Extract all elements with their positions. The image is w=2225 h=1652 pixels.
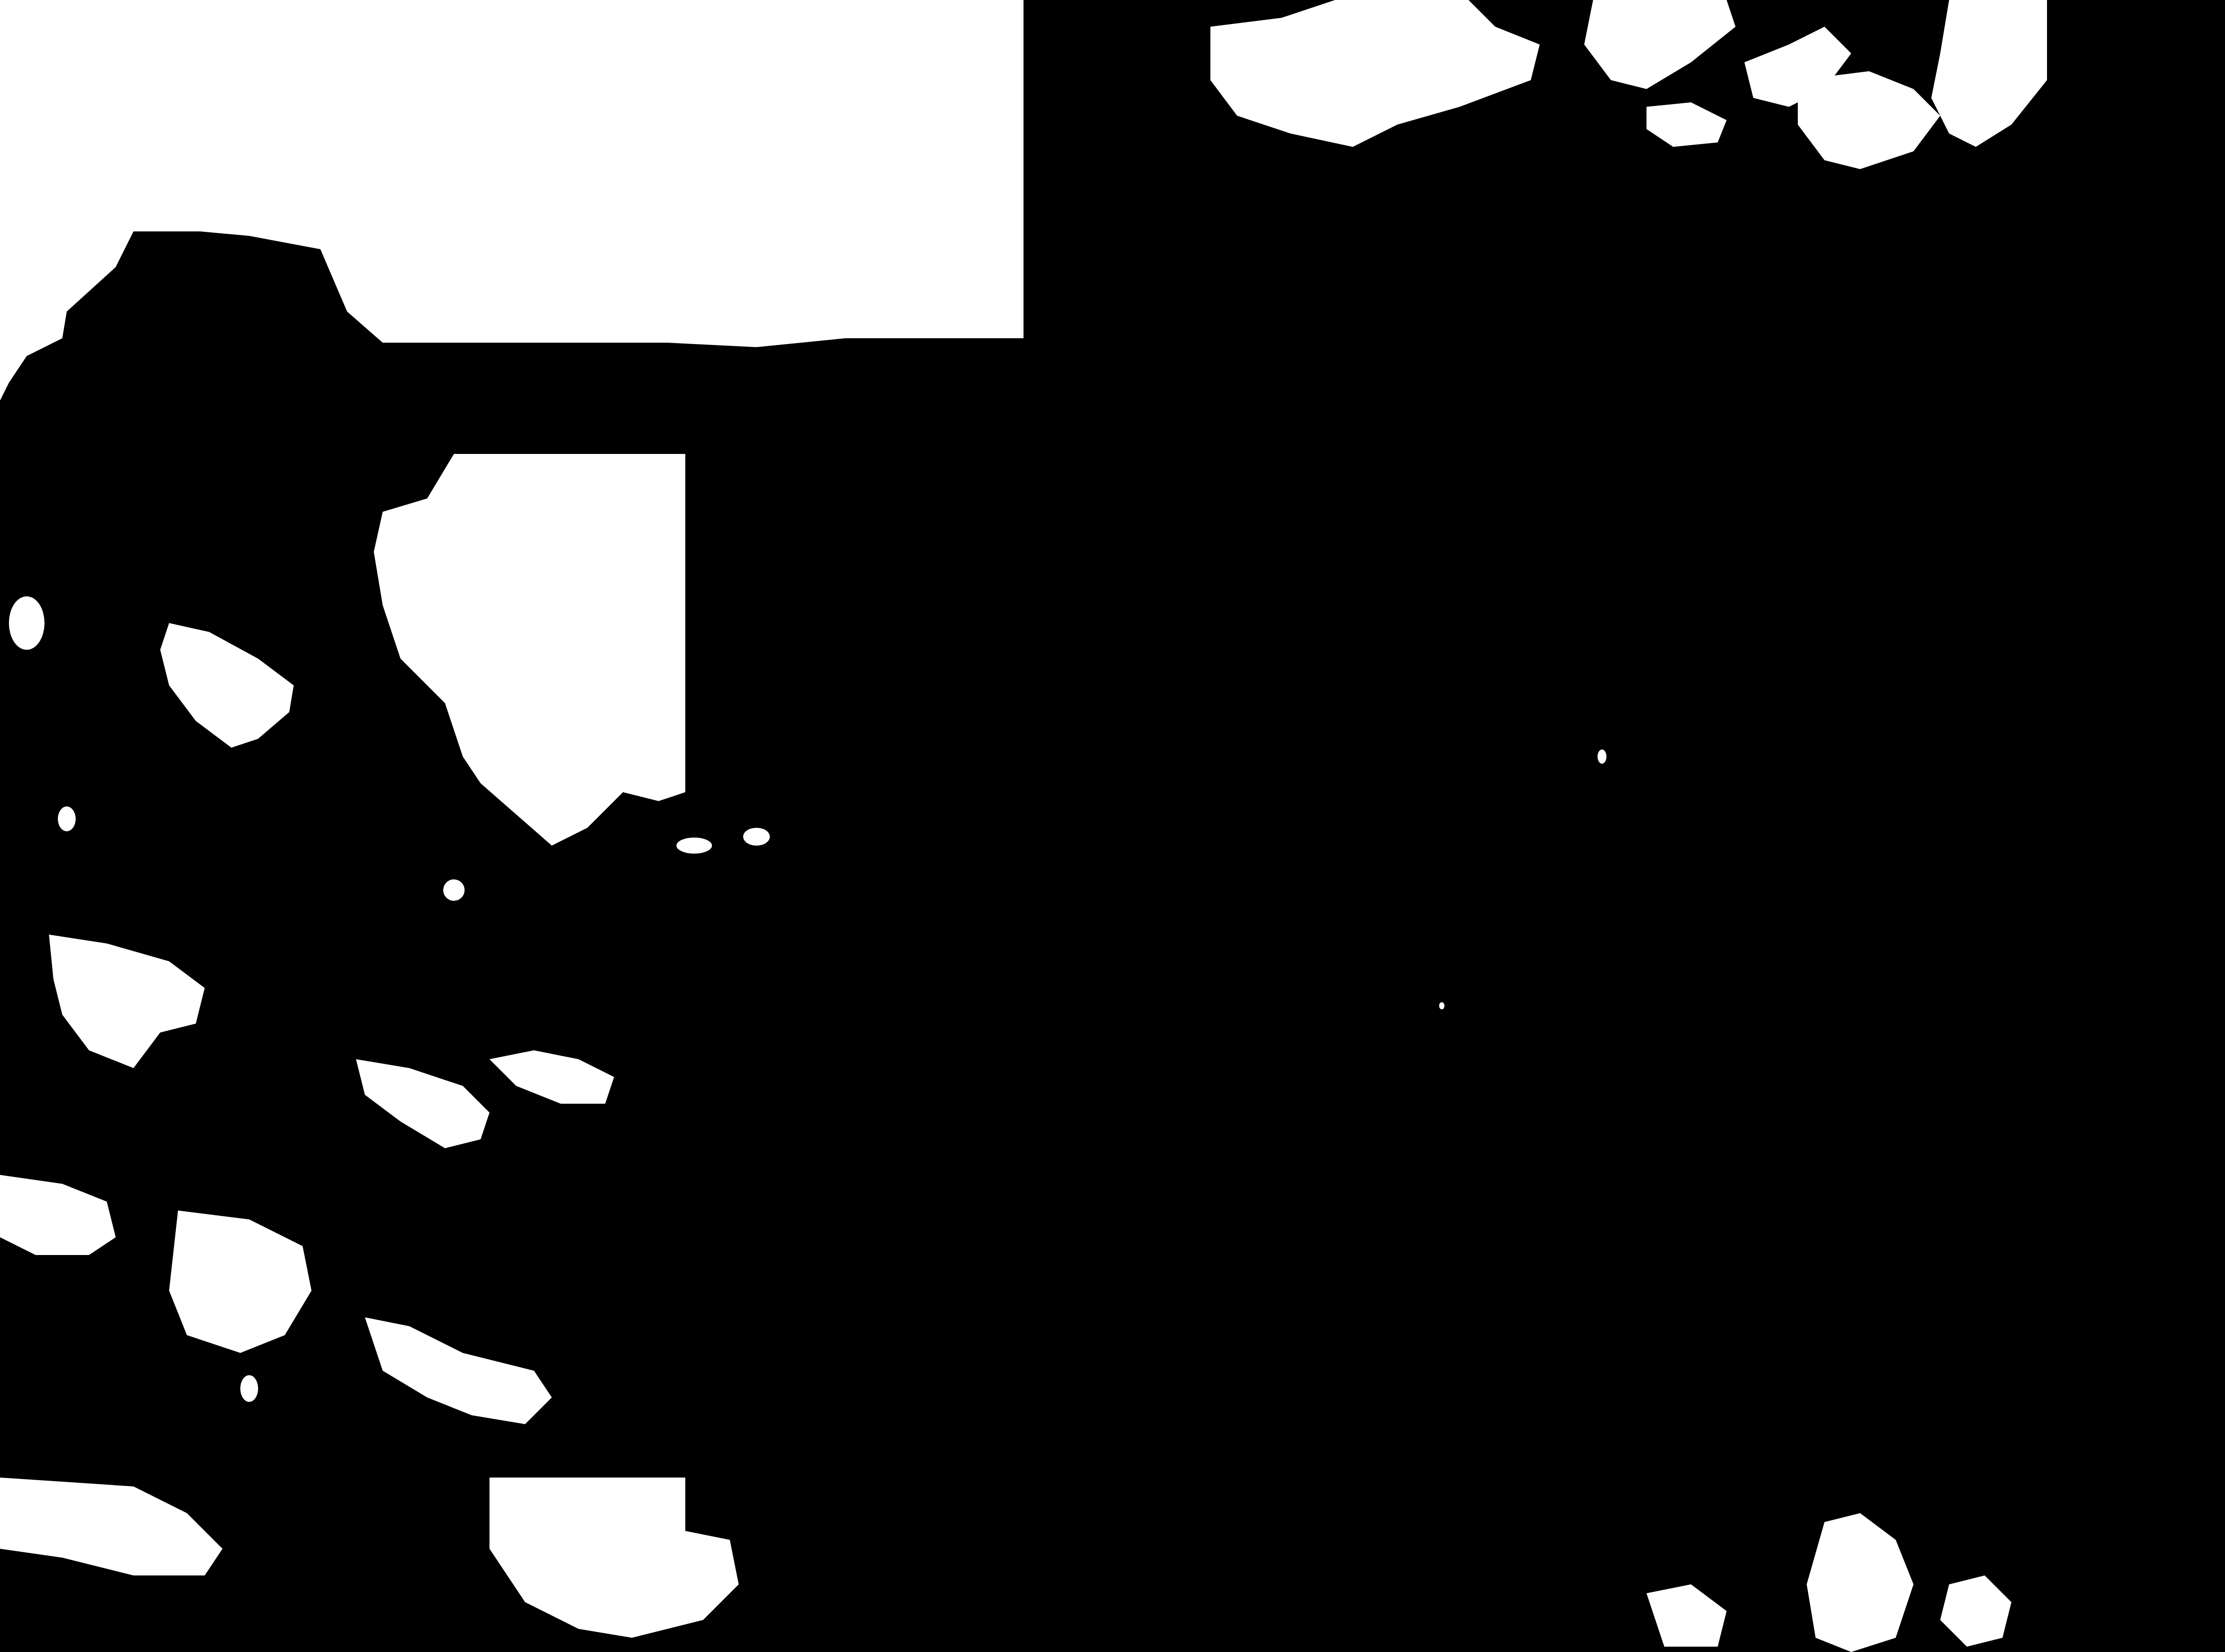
binary-mask-image	[0, 0, 2225, 1652]
